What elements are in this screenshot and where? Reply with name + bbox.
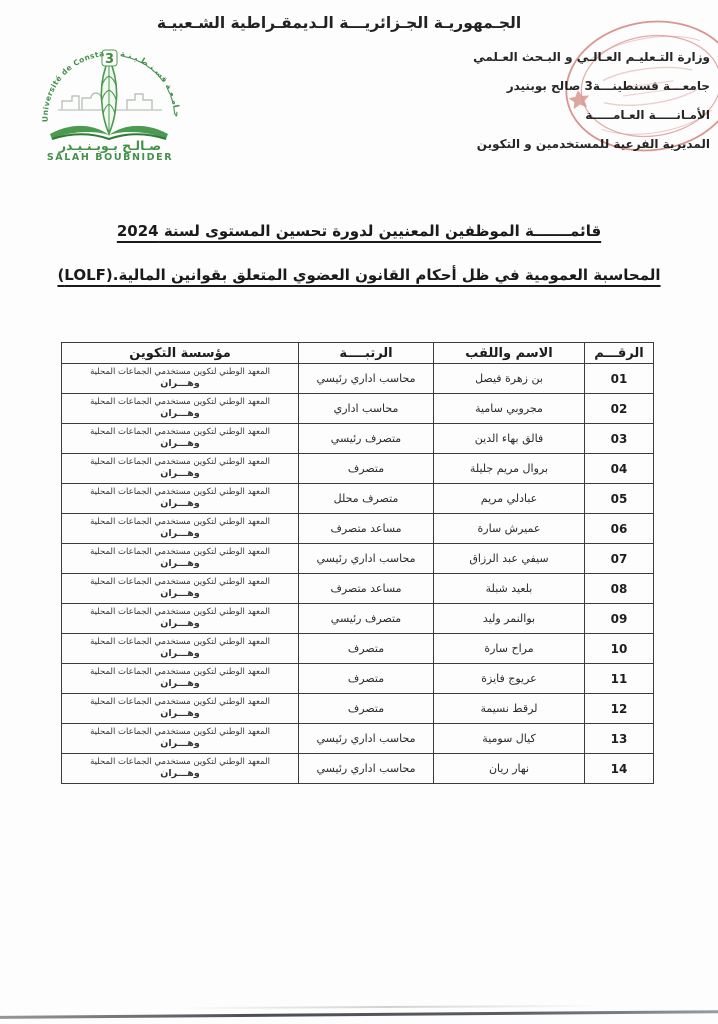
logo-number: 3 <box>105 52 114 67</box>
training-institution: المعهد الوطني لتكوين مستخدمي الجماعات ال… <box>62 484 299 514</box>
table-row: 04 بروال مريم جليلة متصرف المعهد الوطني … <box>62 454 654 484</box>
table-body: 01 بن زهرة فيصل محاسب اداري رئيسي المعهد… <box>62 364 654 784</box>
table-row: 03 فالق بهاء الدين متصرف رئيسي المعهد ال… <box>62 424 654 454</box>
row-number: 05 <box>585 484 654 514</box>
table-header-row: الرقـــم الاسم واللقب الرتبــــة مؤسسة ا… <box>62 343 654 364</box>
scanned-document-page: الجـمهوريـة الجـزائريـــة الـديمقـراطية … <box>0 0 718 1024</box>
employee-rank: محاسب اداري رئيسي <box>299 754 434 784</box>
employee-name: عريوج فايزة <box>434 664 585 694</box>
employee-rank: متصرف <box>299 664 434 694</box>
svg-text:جـامـعـة قسـنـطـيـنـة: جـامـعـة قسـنـطـيـنـة <box>119 49 181 117</box>
doc-title-line2: المحاسبة العمومية في ظل أحكام القانون ال… <box>0 266 718 284</box>
row-number: 01 <box>585 364 654 394</box>
training-institution: المعهد الوطني لتكوين مستخدمي الجماعات ال… <box>62 754 299 784</box>
training-institution: المعهد الوطني لتكوين مستخدمي الجماعات ال… <box>62 514 299 544</box>
university-logo-icon: 3 Université de Constantine جـامـعـة قسـ… <box>32 44 188 162</box>
institution-name: المعهد الوطني لتكوين مستخدمي الجماعات ال… <box>64 727 296 738</box>
employee-name: سيفي عبد الرزاق <box>434 544 585 574</box>
employee-name: نهار ريان <box>434 754 585 784</box>
institution-name: المعهد الوطني لتكوين مستخدمي الجماعات ال… <box>64 577 296 588</box>
employee-rank: مساعد متصرف <box>299 514 434 544</box>
employee-rank: متصرف <box>299 634 434 664</box>
institution-city: وهـــران <box>64 708 296 720</box>
col-header-number: الرقـــم <box>585 343 654 364</box>
training-institution: المعهد الوطني لتكوين مستخدمي الجماعات ال… <box>62 634 299 664</box>
institution-name: المعهد الوطني لتكوين مستخدمي الجماعات ال… <box>64 607 296 618</box>
employee-name: عبادلي مريم <box>434 484 585 514</box>
table-row: 07 سيفي عبد الرزاق محاسب اداري رئيسي الم… <box>62 544 654 574</box>
table-row: 10 مراح سارة متصرف المعهد الوطني لتكوين … <box>62 634 654 664</box>
institution-city: وهـــران <box>64 498 296 510</box>
employee-rank: مساعد متصرف <box>299 574 434 604</box>
employee-rank: محاسب اداري رئيسي <box>299 724 434 754</box>
institution-name: المعهد الوطني لتكوين مستخدمي الجماعات ال… <box>64 367 296 378</box>
training-institution: المعهد الوطني لتكوين مستخدمي الجماعات ال… <box>62 544 299 574</box>
institution-city: وهـــران <box>64 558 296 570</box>
institution-name: المعهد الوطني لتكوين مستخدمي الجماعات ال… <box>64 457 296 468</box>
scan-edge-line <box>0 1010 718 1019</box>
training-institution: المعهد الوطني لتكوين مستخدمي الجماعات ال… <box>62 424 299 454</box>
row-number: 03 <box>585 424 654 454</box>
institution-city: وهـــران <box>64 588 296 600</box>
table-row: 11 عريوج فايزة متصرف المعهد الوطني لتكوي… <box>62 664 654 694</box>
col-header-institution: مؤسسة التكوين <box>62 343 299 364</box>
row-number: 08 <box>585 574 654 604</box>
row-number: 14 <box>585 754 654 784</box>
employees-table: الرقـــم الاسم واللقب الرتبــــة مؤسسة ا… <box>61 342 654 784</box>
institution-city: وهـــران <box>64 378 296 390</box>
training-institution: المعهد الوطني لتكوين مستخدمي الجماعات ال… <box>62 364 299 394</box>
training-institution: المعهد الوطني لتكوين مستخدمي الجماعات ال… <box>62 394 299 424</box>
institution-city: وهـــران <box>64 408 296 420</box>
row-number: 07 <box>585 544 654 574</box>
institution-city: وهـــران <box>64 618 296 630</box>
training-institution: المعهد الوطني لتكوين مستخدمي الجماعات ال… <box>62 604 299 634</box>
institution-city: وهـــران <box>64 678 296 690</box>
institution-name: المعهد الوطني لتكوين مستخدمي الجماعات ال… <box>64 697 296 708</box>
gov-line-secretariat: الأمـانـــــة العـامـــــة <box>410 102 710 131</box>
institution-name: المعهد الوطني لتكوين مستخدمي الجماعات ال… <box>64 487 296 498</box>
col-header-rank: الرتبــــة <box>299 343 434 364</box>
employee-rank: متصرف محلل <box>299 484 434 514</box>
table-row: 12 لرقط نسيمة متصرف المعهد الوطني لتكوين… <box>62 694 654 724</box>
table-row: 14 نهار ريان محاسب اداري رئيسي المعهد ال… <box>62 754 654 784</box>
institution-name: المعهد الوطني لتكوين مستخدمي الجماعات ال… <box>64 517 296 528</box>
institution-city: وهـــران <box>64 468 296 480</box>
employee-name: بن زهرة فيصل <box>434 364 585 394</box>
employee-rank: متصرف <box>299 454 434 484</box>
row-number: 06 <box>585 514 654 544</box>
table-row: 08 بلعيد شبلة مساعد متصرف المعهد الوطني … <box>62 574 654 604</box>
table-row: 05 عبادلي مريم متصرف محلل المعهد الوطني … <box>62 484 654 514</box>
employee-rank: متصرف <box>299 694 434 724</box>
employee-rank: محاسب اداري <box>299 394 434 424</box>
row-number: 13 <box>585 724 654 754</box>
gov-line-university: جامعـــة قسنطينـــة3 صالح بوبنيدر <box>410 73 710 102</box>
row-number: 09 <box>585 604 654 634</box>
doc-title-line1: قائمـــــــة الموظفين المعنيين لدورة تحس… <box>0 222 718 240</box>
employee-name: بلعيد شبلة <box>434 574 585 604</box>
table-row: 13 كيال سومية محاسب اداري رئيسي المعهد ا… <box>62 724 654 754</box>
training-institution: المعهد الوطني لتكوين مستخدمي الجماعات ال… <box>62 664 299 694</box>
table-row: 01 بن زهرة فيصل محاسب اداري رئيسي المعهد… <box>62 364 654 394</box>
institution-name: المعهد الوطني لتكوين مستخدمي الجماعات ال… <box>64 667 296 678</box>
training-institution: المعهد الوطني لتكوين مستخدمي الجماعات ال… <box>62 694 299 724</box>
table-row: 06 عميرش سارة مساعد متصرف المعهد الوطني … <box>62 514 654 544</box>
employee-rank: متصرف رئيسي <box>299 604 434 634</box>
row-number: 10 <box>585 634 654 664</box>
col-header-name: الاسم واللقب <box>434 343 585 364</box>
table-row: 02 مجروبي سامية محاسب اداري المعهد الوطن… <box>62 394 654 424</box>
training-institution: المعهد الوطني لتكوين مستخدمي الجماعات ال… <box>62 574 299 604</box>
country-title: الجـمهوريـة الجـزائريـــة الـديمقـراطية … <box>0 14 678 32</box>
employee-name: بروال مريم جليلة <box>434 454 585 484</box>
table-row: 09 بوالنمر وليد متصرف رئيسي المعهد الوطن… <box>62 604 654 634</box>
employee-name: لرقط نسيمة <box>434 694 585 724</box>
row-number: 04 <box>585 454 654 484</box>
institution-city: وهـــران <box>64 528 296 540</box>
employee-name: مجروبي سامية <box>434 394 585 424</box>
institution-city: وهـــران <box>64 768 296 780</box>
institution-name: المعهد الوطني لتكوين مستخدمي الجماعات ال… <box>64 397 296 408</box>
row-number: 12 <box>585 694 654 724</box>
institution-name: المعهد الوطني لتكوين مستخدمي الجماعات ال… <box>64 547 296 558</box>
employee-name: عميرش سارة <box>434 514 585 544</box>
employee-name: مراح سارة <box>434 634 585 664</box>
employee-rank: محاسب اداري رئيسي <box>299 364 434 394</box>
training-institution: المعهد الوطني لتكوين مستخدمي الجماعات ال… <box>62 454 299 484</box>
institution-city: وهـــران <box>64 438 296 450</box>
institution-name: المعهد الوطني لتكوين مستخدمي الجماعات ال… <box>64 757 296 768</box>
institution-name: المعهد الوطني لتكوين مستخدمي الجماعات ال… <box>64 637 296 648</box>
logo-name-latin: SALAH BOUBNIDER <box>47 152 173 162</box>
logo-arc-arabic: جـامـعـة قسـنـطـيـنـة <box>119 49 181 117</box>
institution-name: المعهد الوطني لتكوين مستخدمي الجماعات ال… <box>64 427 296 438</box>
row-number: 02 <box>585 394 654 424</box>
gov-line-ministry: وزارة التـعليـم العـالـي و البـحث العـلم… <box>410 44 710 73</box>
gov-header-block: وزارة التـعليـم العـالـي و البـحث العـلم… <box>410 44 710 160</box>
row-number: 11 <box>585 664 654 694</box>
scan-shadow <box>180 1005 600 1009</box>
employee-rank: متصرف رئيسي <box>299 424 434 454</box>
employee-name: كيال سومية <box>434 724 585 754</box>
logo-name-arabic: صـالـح بـوبـنـيـدر <box>58 138 161 153</box>
institution-city: وهـــران <box>64 738 296 750</box>
employee-name: بوالنمر وليد <box>434 604 585 634</box>
employee-rank: محاسب اداري رئيسي <box>299 544 434 574</box>
training-institution: المعهد الوطني لتكوين مستخدمي الجماعات ال… <box>62 724 299 754</box>
gov-line-directorate: المديرية الفرعية للمستخدمين و التكوين <box>410 131 710 160</box>
institution-city: وهـــران <box>64 648 296 660</box>
cypress-tree-icon <box>101 58 116 134</box>
employee-name: فالق بهاء الدين <box>434 424 585 454</box>
